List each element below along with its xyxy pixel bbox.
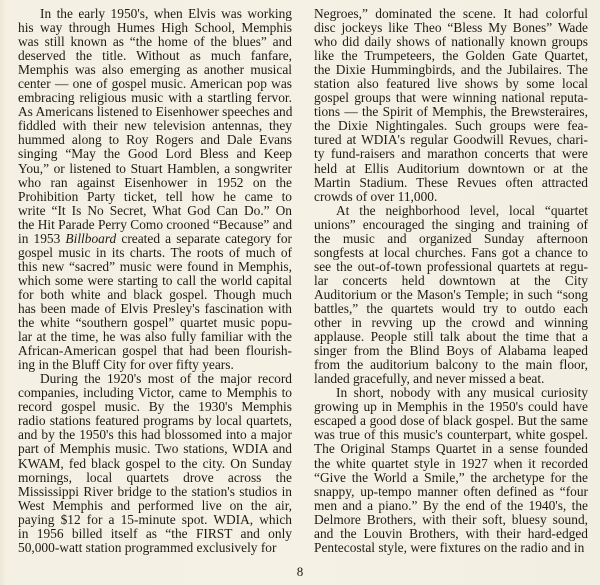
text-line: like the Trumpeteers, the Golden Gate Qu…: [314, 49, 588, 63]
text-line: write “It Is No Secret, What God Can Do.…: [18, 204, 292, 218]
text-line: from the auditorium balcony to the main …: [314, 358, 588, 372]
text-line: the Hit Parade Perry Como crooned “Becau…: [18, 218, 292, 232]
text-line: “Give the World a Smile,” the archetype …: [314, 471, 588, 485]
text-line: singer from the Blind Boys of Alabama le…: [314, 344, 588, 358]
text-line: has been made of Elvis Presley's fascina…: [18, 302, 292, 316]
text-line: paying $12 for a 15-minute spot. WDIA, w…: [18, 513, 292, 527]
text-line: At the neighborhood level, local “quarte…: [314, 204, 588, 218]
text-line: held at Ellis Auditorium downtown or at …: [314, 162, 588, 176]
text-line: and the Louvin Brothers, with their hard…: [314, 527, 588, 541]
right-text-column: Negroes,” dominated the scene. It had co…: [314, 7, 588, 555]
text-line: snappy, up-tempo manner often defined as…: [314, 485, 588, 499]
text-line: escaped a good dose of black gospel. But…: [314, 414, 588, 428]
text-line: this new “sacred” music were found in Me…: [18, 260, 292, 274]
text-line: part of Memphis music. Two stations, WDI…: [18, 442, 292, 456]
text-line: Martin Stadium. These Revues often attra…: [314, 176, 588, 190]
text-line: companies, including Victor, came to Mem…: [18, 386, 292, 400]
text-line: see the out-of-town professional quartet…: [314, 260, 588, 274]
text-line: other in revving up the crowd and winnin…: [314, 316, 588, 330]
text-line: for both white and black gospel. Though …: [18, 288, 292, 302]
text-line: Mississippi River bridge to the station'…: [18, 485, 292, 499]
text-line: applause. People still talk about the ti…: [314, 330, 588, 344]
text-line: songfests at local churches. Fans got a …: [314, 246, 588, 260]
text-line: his way through Humes High School, Memph…: [18, 21, 292, 35]
text-line: battles,” the quartets would try to outd…: [314, 302, 588, 316]
text-line: unions” encouraged the singing and train…: [314, 218, 588, 232]
text-line: crowds of over 11,000.: [314, 190, 588, 204]
text-line: the white “southern gospel” quartet musi…: [18, 316, 292, 330]
text-line: the Dixie Nightingales. Such groups were…: [314, 119, 588, 133]
text-line: station also featured live shows by some…: [314, 77, 588, 91]
text-line: lar concerts held downtown at the City: [314, 274, 588, 288]
text-line: As Americans listened to Eisenhower spee…: [18, 105, 292, 119]
text-line: disc jockeys like Theo “Bless My Bones” …: [314, 21, 588, 35]
text-line: center — one of gospel music. American p…: [18, 77, 292, 91]
left-text-column: In the early 1950's, when Elvis was work…: [18, 7, 292, 555]
text-line: mornings, local quartets drove across th…: [18, 471, 292, 485]
text-line: hummed along to Roy Rogers and Dale Evan…: [18, 133, 292, 147]
text-line: Negroes,” dominated the scene. It had co…: [314, 7, 588, 21]
text-line: in 1956 billed itself as “the FIRST and …: [18, 527, 292, 541]
text-line: was still known as “the home of the blue…: [18, 35, 292, 49]
text-line: Prohibition Party ticket, tell how he ca…: [18, 190, 292, 204]
text-line: African-American gospel that had been fl…: [18, 344, 292, 358]
text-line: gospel music in its charts. The roots of…: [18, 246, 292, 260]
text-line: which some were starting to call the wor…: [18, 274, 292, 288]
text-line: singing “May the Good Lord Bless and Kee…: [18, 147, 292, 161]
text-line: In short, nobody with any musical curios…: [314, 386, 588, 400]
text-line: During the 1920's most of the major reco…: [18, 372, 292, 386]
text-line: record gospel music. By the 1930's Memph…: [18, 400, 292, 414]
text-line: growing up in Memphis in the 1950's coul…: [314, 400, 588, 414]
publication-title: Billboard: [65, 231, 116, 246]
text-line: Memphis was also emerging as another mus…: [18, 63, 292, 77]
text-line: who did daily shows of nationally known …: [314, 35, 588, 49]
page-number: 8: [0, 564, 600, 580]
text-line: ty fund-raisers and marathon concerts th…: [314, 147, 588, 161]
text-line: lar at the time, he was also fully famil…: [18, 330, 292, 344]
text-line: The Original Stamps Quartet in a sense f…: [314, 442, 588, 456]
text-line: Delmore Brothers, with their soft, blues…: [314, 513, 588, 527]
text-line: Pentecostal style, were fixtures on the …: [314, 541, 588, 555]
text-line: gospel groups that were winning national…: [314, 91, 588, 105]
text-line: ing in the Bluff City for over fifty yea…: [18, 358, 292, 372]
text-line: Auditorium or the Mason's Temple; in suc…: [314, 288, 588, 302]
text-line: fiddled with their new television antenn…: [18, 119, 292, 133]
text-line: In the early 1950's, when Elvis was work…: [18, 7, 292, 21]
text-line: the music and organized Sunday afternoon: [314, 232, 588, 246]
document-page: In the early 1950's, when Elvis was work…: [0, 0, 600, 585]
text-line: the Dixie Hummingbirds, and the Jubilair…: [314, 63, 588, 77]
text-line: landed gracefully, and never missed a be…: [314, 372, 588, 386]
text-line: the white quartet style in 1927 when it …: [314, 457, 588, 471]
text-line: in 1953 Billboard created a separate cat…: [18, 232, 292, 246]
text-line: and by the 1950's this had blossomed int…: [18, 428, 292, 442]
text-line: embracing religious music with a startli…: [18, 91, 292, 105]
text-line: men and a piano.” By the end of the 1940…: [314, 499, 588, 513]
text-line: You,” or listened to Stuart Hamblen, a s…: [18, 162, 292, 176]
text-line: was true of this music's counterpart, wh…: [314, 428, 588, 442]
text-line: tured at WDIA's regular Goodwill Revues,…: [314, 133, 588, 147]
text-line: deserved the title. Without as much fanf…: [18, 49, 292, 63]
text-line: who ran against Eisenhower in 1952 on th…: [18, 176, 292, 190]
text-line: radio stations featured programs by loca…: [18, 414, 292, 428]
text-line: West Memphis and performed live on the a…: [18, 499, 292, 513]
text-line: 50,000-watt station programmed exclusive…: [18, 541, 292, 555]
text-line: tions — the Spirit of Memphis, the Brews…: [314, 105, 588, 119]
text-line: KWAM, fed black gospel to the city. On S…: [18, 457, 292, 471]
